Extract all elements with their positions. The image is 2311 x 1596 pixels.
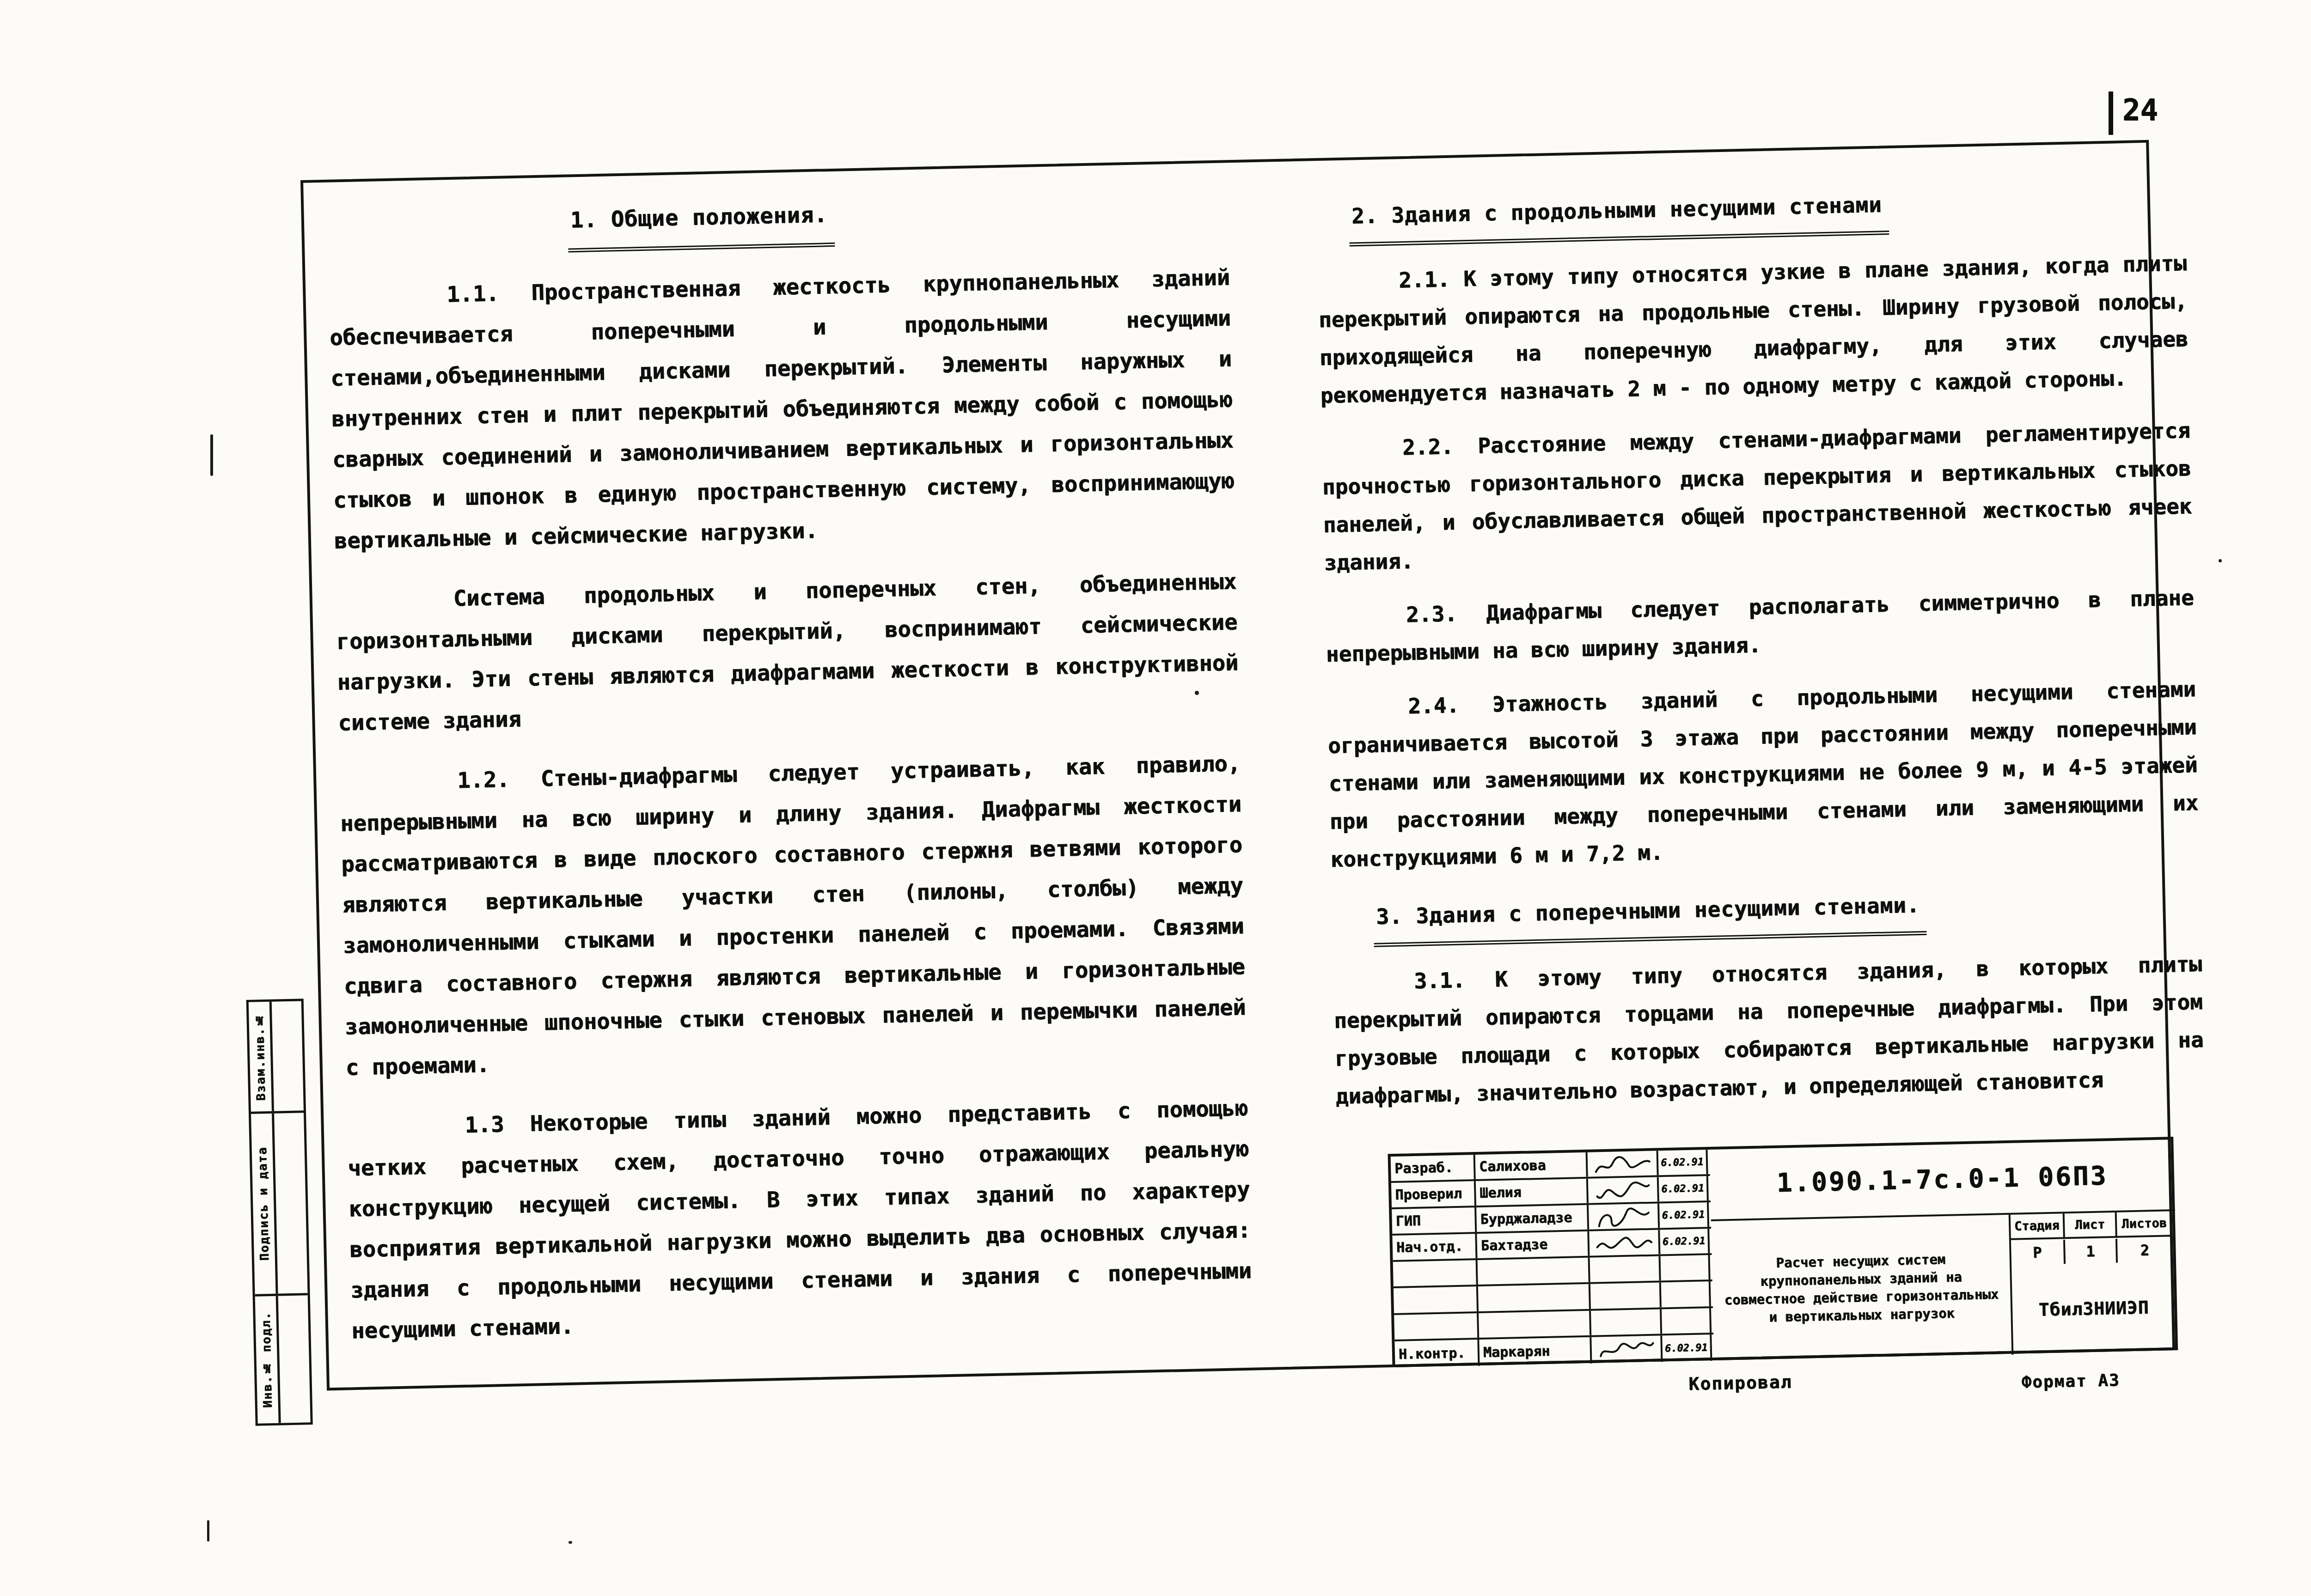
section-3-heading: 3. Здания с поперечными несущими стенами…	[1373, 886, 1927, 947]
stamp-role: Нач.отд.	[1392, 1234, 1477, 1260]
stamp-signature-empty	[1590, 1256, 1661, 1282]
organization-name: ТбилЗНИИЭП	[2011, 1262, 2176, 1355]
title-block: Разраб. Салихова 6.02.91 Проверил Шелия …	[1388, 1137, 2178, 1367]
document-number: 1.090.1-7с.0-1 06ПЗ	[1709, 1139, 2175, 1221]
paragraph-system: Система продольных и поперечных стен, об…	[335, 561, 1240, 743]
stamp-role	[1394, 1313, 1479, 1340]
stamp-name: Салихова	[1475, 1152, 1588, 1179]
stamp-signature-empty	[1591, 1309, 1662, 1335]
stamp-role: ГИП	[1392, 1207, 1477, 1234]
signature-icon	[1589, 1230, 1660, 1256]
signature-icon	[1588, 1151, 1659, 1176]
page-number: 24	[2109, 91, 2161, 135]
margin-blank	[278, 1295, 311, 1423]
sheet-frame: 1. Общие положения. 1.1. Пространственна…	[300, 140, 2175, 1391]
paragraph-2-4: 2.4. Этажность зданий с продольными несу…	[1327, 670, 2200, 878]
stamp-name	[1478, 1284, 1591, 1311]
paragraph-2-2: 2.2. Расстояние между стенами-диафрагмам…	[1321, 411, 2193, 582]
signature-icon	[1589, 1204, 1660, 1230]
sheet-label: Лист	[2065, 1212, 2117, 1239]
stamp-role	[1393, 1260, 1478, 1286]
section-2-heading: 2. Здания с продольными несущими стенами	[1348, 185, 1889, 246]
sheets-label: Листов	[2117, 1211, 2172, 1238]
stamp-role: Н.контр.	[1394, 1340, 1480, 1368]
copied-by-label: Копировал	[1688, 1371, 1792, 1394]
section-2-heading-wrap: 2. Здания с продольными несущими стенами	[1348, 179, 2186, 246]
stamp-date: 6.02.91	[1660, 1229, 1710, 1254]
section-1-heading: 1. Общие положения.	[567, 195, 835, 253]
section-1-heading-wrap: 1. Общие положения.	[567, 186, 1229, 252]
signature-icon	[1591, 1335, 1663, 1363]
scan-artifact	[2219, 559, 2222, 562]
stamp-name	[1478, 1258, 1590, 1285]
margin-blank	[274, 1113, 307, 1293]
scan-artifact	[569, 1541, 572, 1544]
margin-label-podpis-data: Подпись и дата	[255, 1146, 271, 1261]
scan-artifact	[210, 434, 213, 476]
stamp-date: 6.02.91	[1659, 1202, 1709, 1228]
stamp-role: Разраб.	[1391, 1155, 1476, 1181]
stamp-name: Бахтадзе	[1477, 1231, 1590, 1258]
paragraph-1-1: 1.1. Пространственная жесткость крупнопа…	[329, 257, 1236, 561]
paragraph-3-1: 3.1. К этому типу относятся здания, в ко…	[1333, 945, 2205, 1115]
stamp-name: Шелия	[1476, 1179, 1589, 1206]
stamp-name: Бурджаладзе	[1476, 1205, 1589, 1232]
signature-icon	[1588, 1177, 1659, 1203]
section-3-heading-wrap: 3. Здания с поперечными несущими стенами…	[1373, 880, 2201, 947]
stamp-date	[1661, 1255, 1711, 1280]
margin-label-vzam-inv: Взам.инв.№	[252, 1012, 268, 1101]
stamp-name: Маркарян	[1479, 1337, 1592, 1365]
right-text-column: 2. Здания с продольными несущими стенами…	[1316, 179, 2205, 1115]
scanned-document-page: 24 1. Общие положения. 1.1. Пространстве…	[0, 0, 2311, 1596]
left-text-column: 1. Общие положения. 1.1. Пространственна…	[327, 186, 1253, 1352]
stamp-signature-empty	[1590, 1283, 1662, 1309]
stamp-role	[1394, 1286, 1479, 1313]
format-label: Формат А3	[2021, 1371, 2120, 1392]
margin-label-inv-podl: Инв.№ подл.	[259, 1311, 275, 1408]
stamp-date	[1661, 1281, 1711, 1307]
stamp-date: 6.02.91	[1658, 1150, 1708, 1175]
sheets-value: 2	[2117, 1237, 2172, 1263]
stage-value: Р	[2011, 1240, 2066, 1265]
paragraph-2-3: 2.3. Диафрагмы следует располагать симме…	[1325, 579, 2195, 673]
stamp-name	[1479, 1310, 1591, 1337]
paragraph-2-1: 2.1. К этому типу относятся узкие в план…	[1317, 244, 2189, 414]
margin-cell-vzam: Взам.инв.№	[249, 1001, 304, 1114]
scan-artifact	[207, 1520, 209, 1541]
project-title: Расчет несущих систем крупнопанельных зд…	[1711, 1215, 2013, 1361]
paragraph-1-3: 1.3 Некоторые типы зданий можно представ…	[347, 1088, 1253, 1352]
paragraph-1-2: 1.2. Стены-диафрагмы следует устраивать,…	[339, 743, 1247, 1088]
gost-margin-strip: Взам.инв.№ Подпись и дата Инв.№ подл.	[246, 999, 313, 1425]
sheet-value: 1	[2065, 1239, 2118, 1264]
title-block-signature-grid: Разраб. Салихова 6.02.91 Проверил Шелия …	[1391, 1150, 1714, 1365]
stage-label: Стадия	[2011, 1213, 2065, 1240]
margin-cell-podpis: Подпись и дата	[251, 1113, 308, 1296]
stamp-date: 6.02.91	[1659, 1176, 1709, 1201]
stage-sheet-grid: Стадия Лист Листов Р 1 2	[2011, 1211, 2174, 1266]
scan-artifact	[1195, 691, 1199, 695]
stamp-role: Проверил	[1391, 1181, 1476, 1207]
margin-cell-inv: Инв.№ подл.	[255, 1295, 311, 1423]
margin-blank	[272, 1001, 304, 1111]
stamp-date: 6.02.91	[1662, 1334, 1712, 1362]
stamp-date	[1662, 1308, 1712, 1334]
